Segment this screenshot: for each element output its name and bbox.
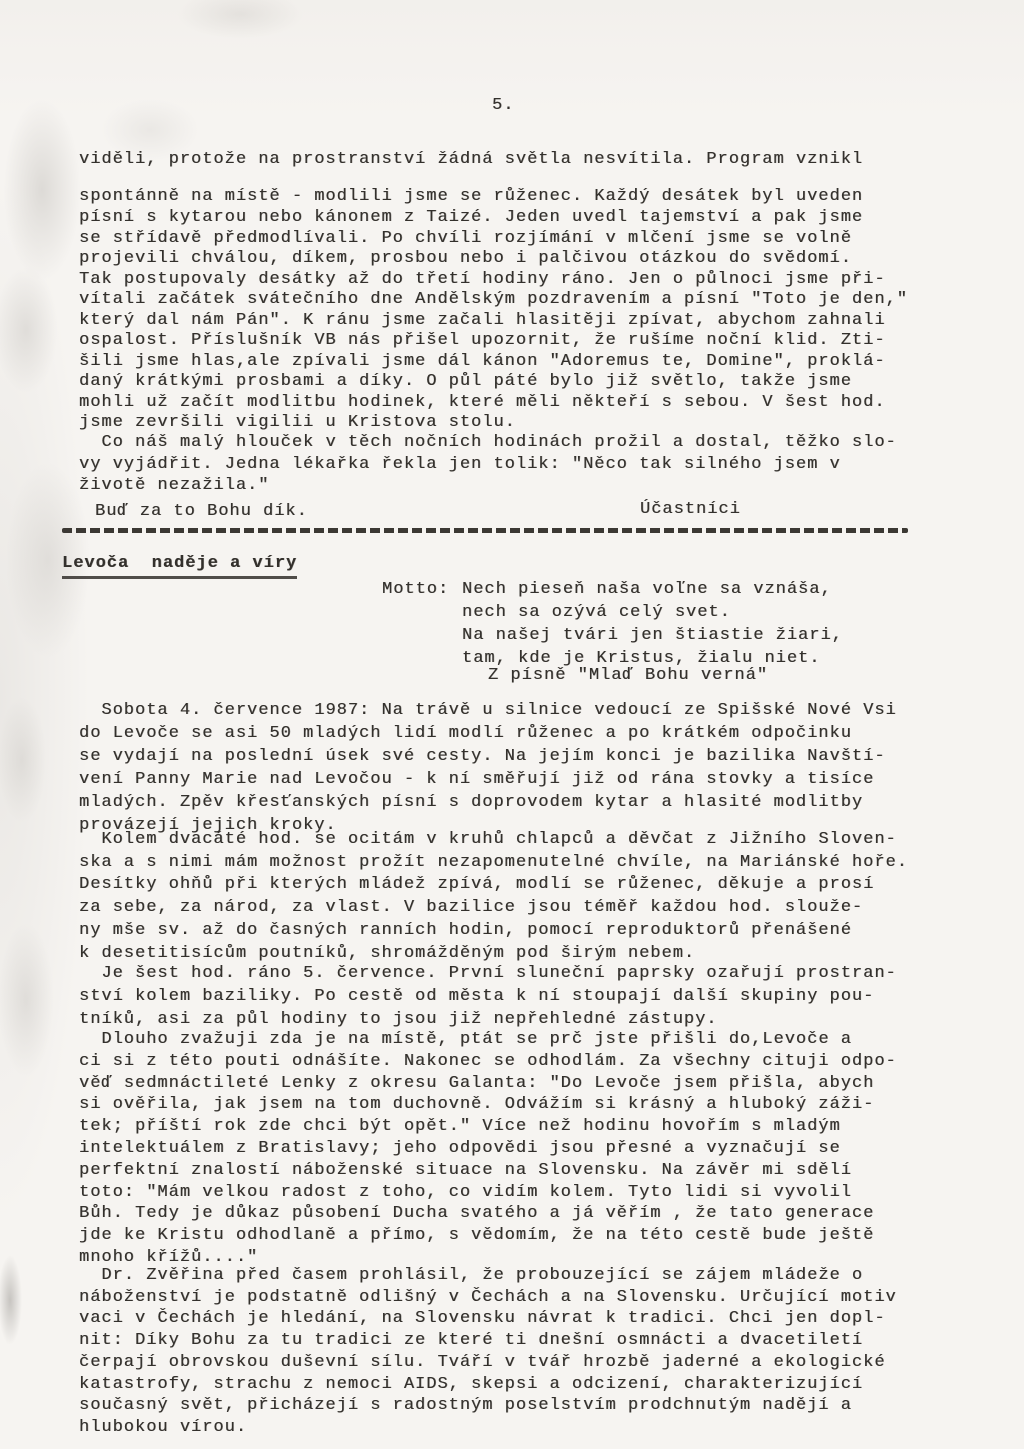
typewritten-text-layer: 5. viděli, protože na prostranství žádná… [0, 0, 1024, 1449]
paragraph-intro-top: viděli, protože na prostranství žádná sv… [79, 141, 863, 215]
paragraph-levoca-2: Kolem dvacáté hod. se ocitám v kruhů chl… [79, 829, 908, 965]
paragraph-levoca-4: Dlouho zvažuji zda je na místě, ptát se … [79, 1029, 897, 1269]
paragraph-levoca-3: Je šest hod. ráno 5. července. První slu… [79, 962, 897, 1031]
motto-text: Nech pieseň naša voľne sa vznáša, nech s… [462, 578, 843, 670]
paragraph-levoca-1: Sobota 4. července 1987: Na trávě u siln… [79, 699, 897, 837]
paragraph-levoca-5: Dr. Zvěřina před časem prohlásil, že pro… [79, 1265, 897, 1439]
page-number: 5. [492, 96, 514, 116]
closing-thanks: Buď za to Bohu dík. [95, 502, 308, 522]
motto-label: Motto: [382, 578, 449, 601]
closing-signature: Účastníci [640, 500, 741, 520]
motto-source: Z písně "Mlaď Bohu verná" [488, 664, 768, 687]
paragraph-night-vigil: Co náš malý hlouček v těch nočních hodin… [79, 432, 897, 497]
section-title: Levoča naděje a víry [62, 554, 297, 579]
dashed-section-divider [62, 528, 908, 533]
scanned-document-page: 5. viděli, protože na prostranství žádná… [0, 0, 1024, 1449]
paragraph-intro-main: písní s kytarou nebo kánonem z Taizé. Je… [79, 208, 908, 434]
